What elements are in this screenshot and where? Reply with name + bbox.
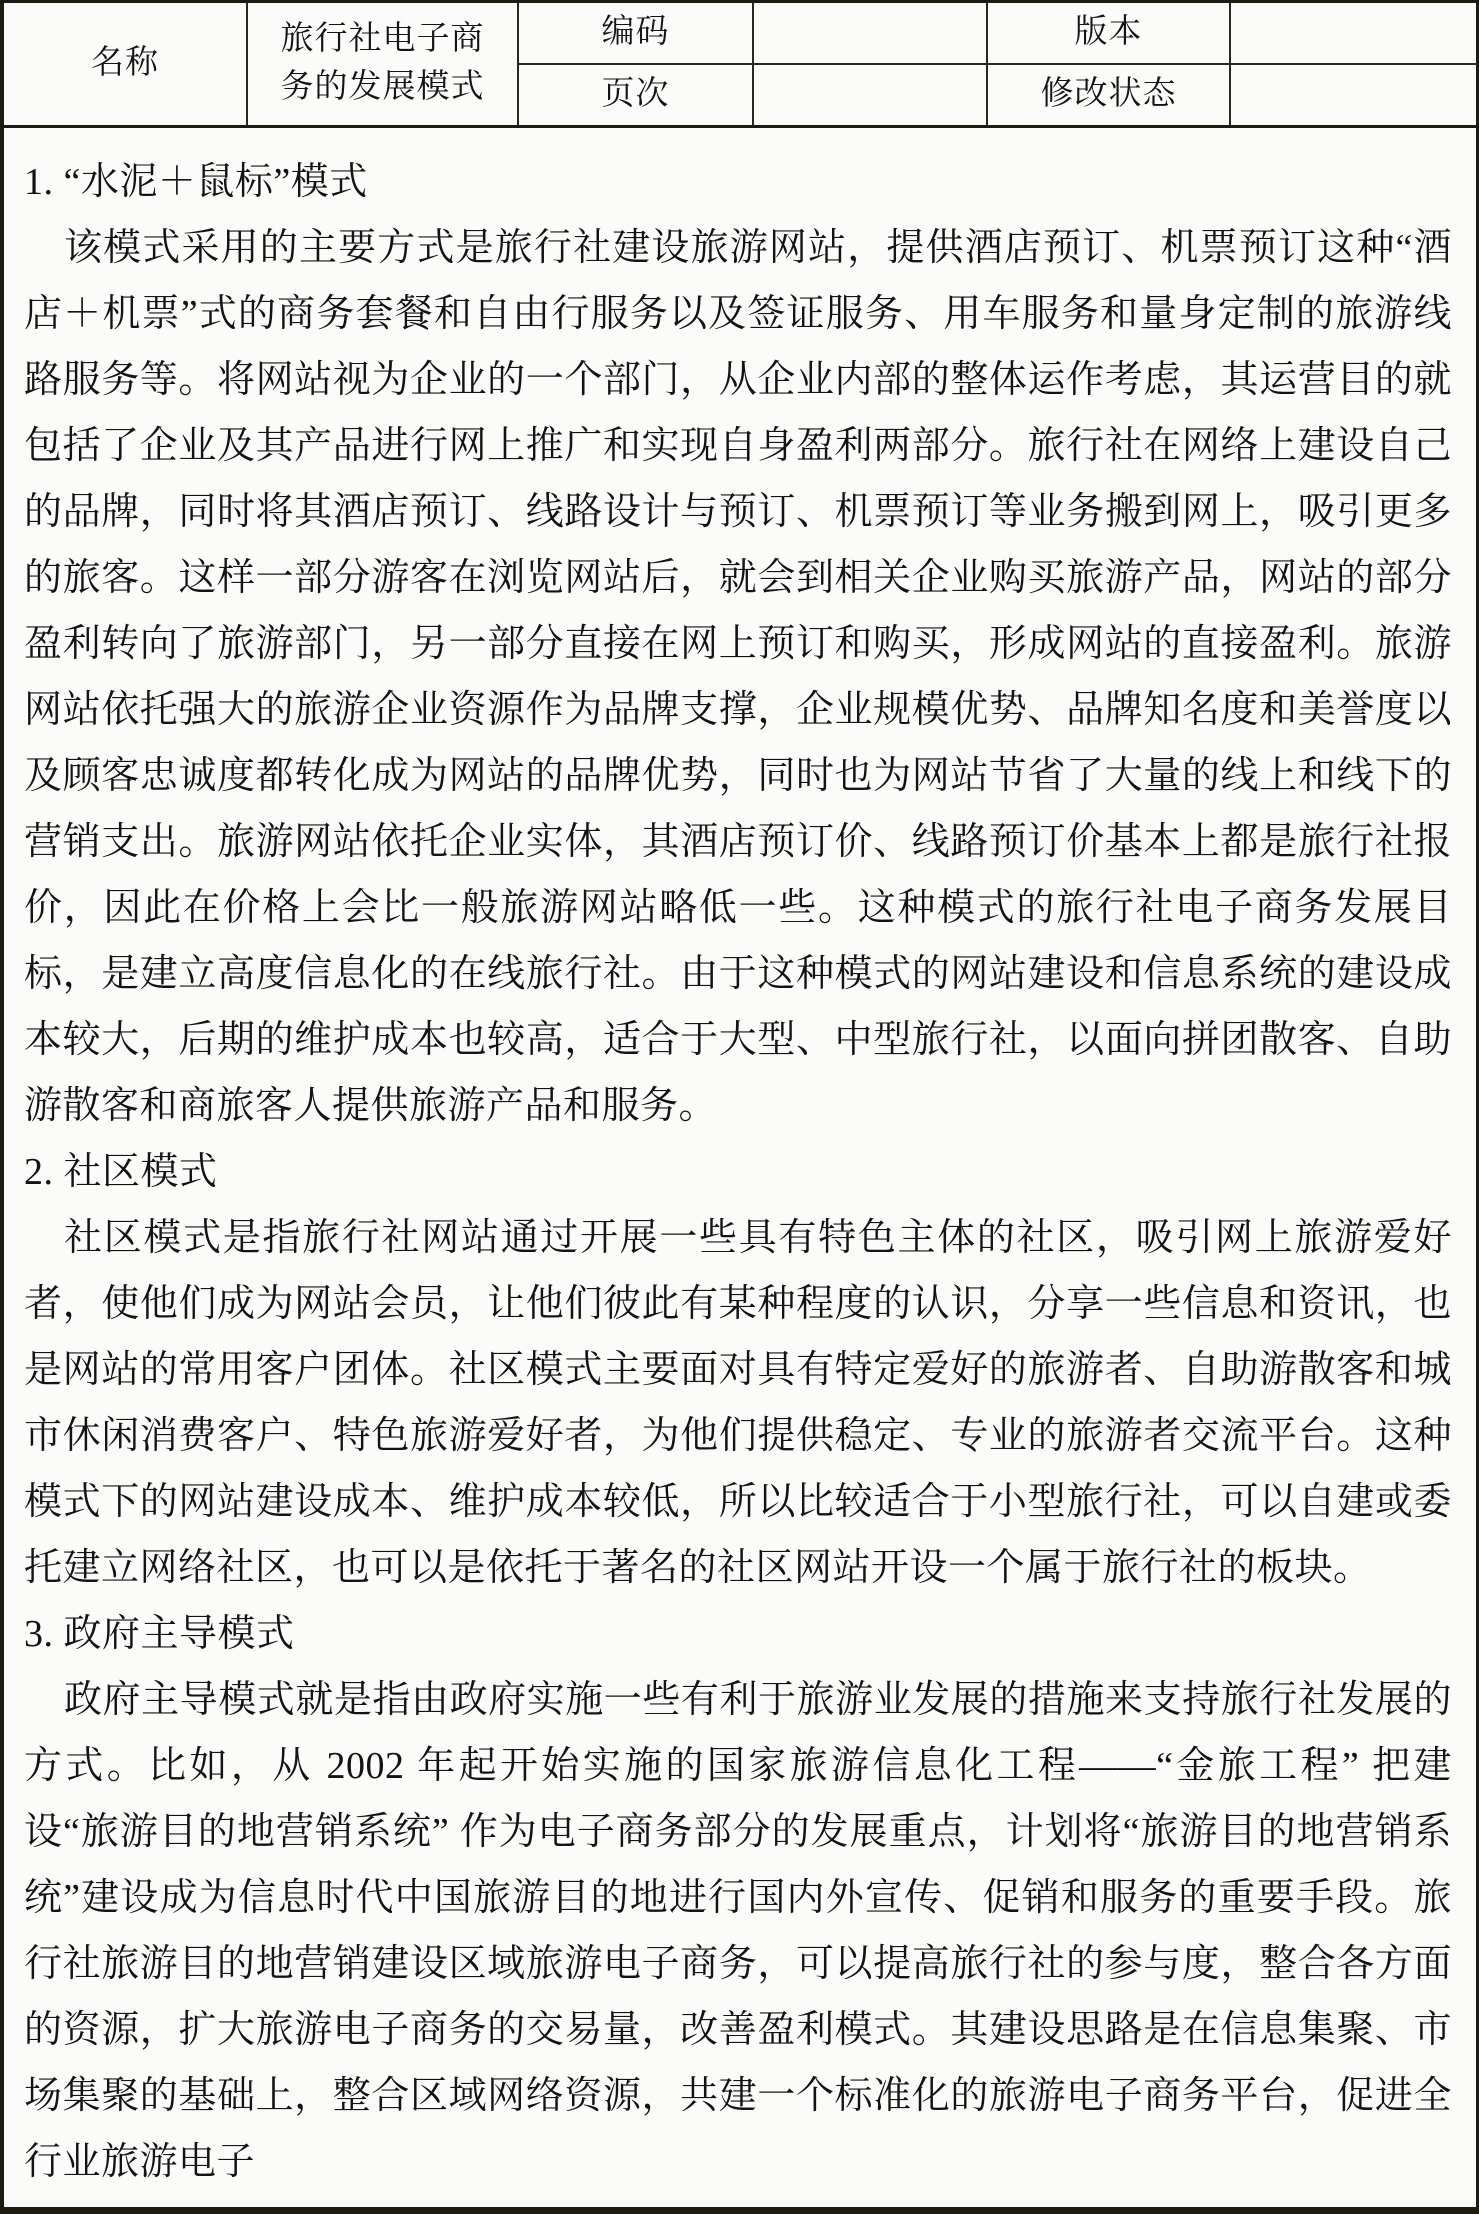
document-body: 1. “水泥＋鼠标”模式 该模式采用的主要方式是旅行社建设旅游网站，提供酒店预订… (4, 128, 1476, 2195)
section-2-heading: 2. 社区模式 (24, 1139, 1452, 1205)
header-cell-revision-label: 修改状态 (988, 65, 1229, 125)
header-cell-code-value (754, 3, 986, 63)
document-page: 名称 旅行社电子商 务的发展模式 编码 版本 页次 修改状态 1. “水泥＋鼠标… (0, 0, 1479, 2214)
header-table: 名称 旅行社电子商 务的发展模式 编码 版本 页次 修改状态 (4, 3, 1476, 128)
header-cell-name-label: 名称 (4, 3, 246, 125)
header-cell-code-label: 编码 (519, 3, 752, 63)
header-cell-page-value (754, 65, 986, 125)
header-cell-page-label: 页次 (519, 65, 752, 125)
header-cell-version-label: 版本 (988, 3, 1229, 63)
section-1-paragraph: 该模式采用的主要方式是旅行社建设旅游网站，提供酒店预订、机票预订这种“酒店＋机票… (24, 215, 1452, 1139)
header-cell-revision-value (1231, 65, 1476, 125)
section-3-paragraph: 政府主导模式就是指由政府实施一些有利于旅游业发展的措施来支持旅行社发展的方式。比… (24, 1667, 1452, 2195)
header-cell-version-value (1231, 3, 1476, 63)
header-cell-name-value: 旅行社电子商 务的发展模式 (248, 3, 517, 125)
section-3-heading: 3. 政府主导模式 (24, 1601, 1452, 1667)
section-1-heading: 1. “水泥＋鼠标”模式 (24, 149, 1452, 215)
section-2-paragraph: 社区模式是指旅行社网站通过开展一些具有特色主体的社区，吸引网上旅游爱好者，使他们… (24, 1205, 1452, 1601)
